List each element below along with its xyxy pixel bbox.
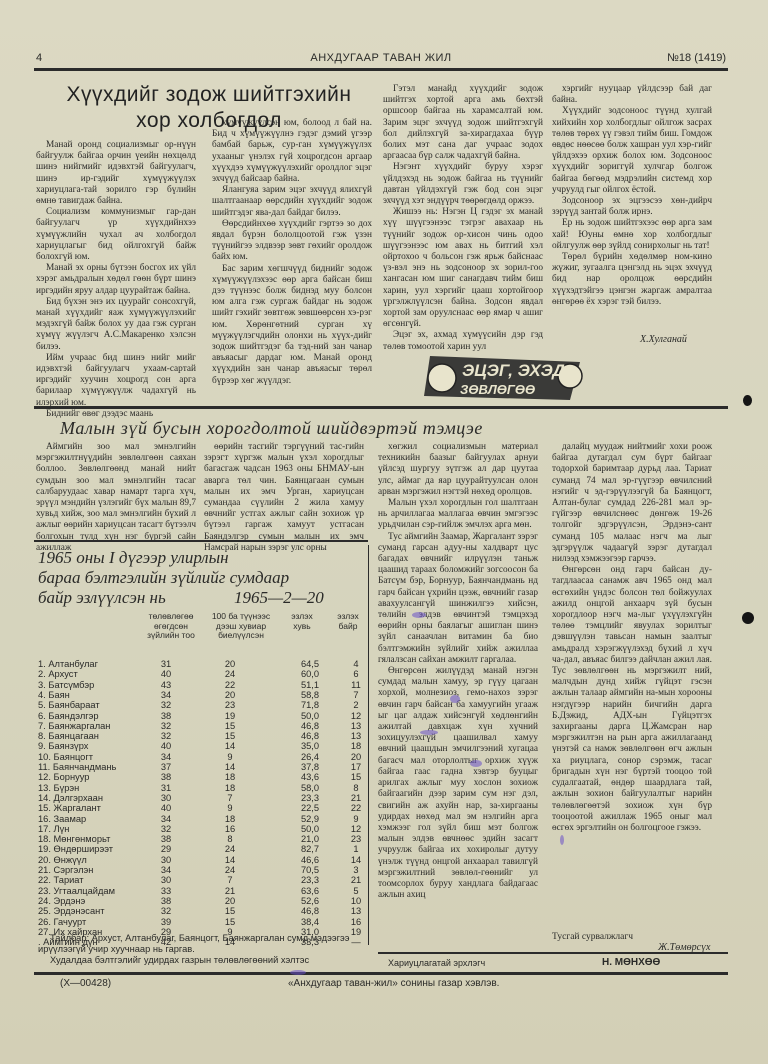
paragraph: Хүүхдийг зодсоноос түүнд хулгай хийхийн … [552, 106, 712, 196]
table-date: 1965—2—20 [234, 588, 324, 608]
table-column-header: төлөвлөгөө өгөгдсөн зүйлийн тоо [138, 612, 204, 641]
paragraph: Ялангуяа зарим эцэг эхчүүд ялихгүй шалтг… [212, 185, 372, 219]
parents-advice-logo: ЭЦЭГ, ЭХЭД ЗӨВЛӨГӨӨ [420, 352, 590, 404]
header-rule [34, 68, 728, 71]
paragraph: Аймгийн зоо мал эмнэлгийн мэргэжилтнүүди… [36, 442, 196, 554]
table-row: 9. Баянзүрх401435,018 [38, 741, 368, 752]
paragraph: Тус аймгийн Заамар, Жаргалант зэрэг сума… [378, 532, 538, 666]
article2-byline-label: Тусгай сурвалжлагч [552, 932, 633, 942]
table-row: 11. Баянчандмань371437,817 [38, 762, 368, 773]
table-row: 17. Лүн321650,012 [38, 824, 368, 835]
ink-stain [420, 730, 438, 735]
table-row: 4. Баян342058,87 [38, 690, 368, 701]
table-side-rule [368, 545, 369, 945]
table-row: 7. Баянжаргалан321546,813 [38, 721, 368, 732]
paragraph: өөрийн тасгийг тэргүүний тас-гийн зэрэгт… [204, 442, 364, 554]
table-top-rule [34, 540, 368, 542]
paragraph: Манай оронд социализмыг ор-нүүн байгуулж… [36, 140, 196, 207]
table-column-header: эзлэх хувь [282, 612, 322, 631]
table-row: 25. Эрдэнэсант321546,813 [38, 906, 368, 917]
table-row: 18. Мөнгөнморьт38821,023 [38, 834, 368, 845]
paragraph: Өөрсдийнхөө хүүхдийг гэртээ зо дох явдал… [212, 219, 372, 264]
ink-stain [450, 695, 460, 703]
table-column-header: 100 ба түүнээс дээш хувиар биелүүлсэн [202, 612, 280, 641]
article2-column-4: далайц муудаж нийтмийг хохи роож байгаа … [552, 442, 712, 834]
table-row: 19. Өндөрширээт292482,71 [38, 844, 368, 855]
table-row: 12. Борнуур381843,615 [38, 772, 368, 783]
newspaper-page: 4 АНХДУГААР ТАВАН ЖИЛ №18 (1419) Хүүхдий… [0, 0, 768, 1064]
newspaper-title: АНХДУГААР ТАВАН ЖИЛ [36, 52, 726, 64]
article2-title: Малын зүй бусын хорогдолтой шийдвэртэй т… [60, 418, 740, 439]
article1-column-4: хэргийг нууцаар үйлдсээр бай даг байна.Х… [552, 84, 712, 308]
footer-printer: «Анхдугаар таван-жил» сонины газар хэвлэ… [288, 978, 499, 989]
article2-column-2: өөрийн тасгийг тэргүүний тас-гийн зэрэгт… [204, 442, 364, 554]
paragraph: Ийм учраас бид шинэ нийг мийг идэвхтэй б… [36, 353, 196, 409]
paragraph: Нэгэнт хүүхдийг буруу хэрэг үйлдэхэд нь … [383, 162, 543, 207]
table-row: 14. Дэлгэрхаан30723,321 [38, 793, 368, 804]
paragraph: Зодсоноор эх эцгээсээ хөн-дийрч зэрүүд з… [552, 196, 712, 218]
table-row: 3. Батсүмбэр432251,111 [38, 680, 368, 691]
paragraph: хүмүүжүүлсэн юм, болоод л бай на. Бид ч … [212, 118, 372, 185]
table-row: 20. Өнжүүл301446,614 [38, 855, 368, 866]
table-column-header: эзлэх байр [328, 612, 368, 631]
editor-label: Хариуцлагатай эрхлэгч [388, 958, 485, 968]
paragraph: Социализм коммунизмыг гар-дан байгуулагч… [36, 207, 196, 263]
issue-number: №18 (1419) [667, 52, 726, 64]
table-title: 1965 оны I дүгээр улирлынбараа бэлтгэлий… [38, 548, 338, 608]
binding-hole [742, 612, 754, 624]
svg-text:ЭЦЭГ, ЭХЭД: ЭЦЭГ, ЭХЭД [462, 361, 565, 380]
paragraph: Малын үхэл хорогдлын гол шалтгаан нь арч… [378, 498, 538, 532]
table-row: 8. Баянцагаан321546,813 [38, 731, 368, 742]
ink-stain [560, 835, 564, 845]
table-row: 2. Архуст402460,06 [38, 669, 368, 680]
paragraph: Эцэг эх, ахмад хүмүүсийн дэр гэд төлөв т… [383, 330, 543, 352]
ink-stain [290, 970, 306, 975]
section-rule [34, 406, 728, 409]
table-row: 16. Заамар341852,99 [38, 814, 368, 825]
paragraph: хэргийг нууцаар үйлдсээр бай даг байна. [552, 84, 712, 106]
table-row: 5. Баянбараат322371,82 [38, 700, 368, 711]
table-row: 6. Баяндэлгэр381950,012 [38, 711, 368, 722]
table-row: 15. Жаргалант40922,522 [38, 803, 368, 814]
article1-column-2: хүмүүжүүлсэн юм, болоод л бай на. Бид ч … [212, 118, 372, 387]
table-note: Тайлбар: Архуст, Алтанбулаг, Баянцогт, Б… [38, 933, 358, 966]
table-row: 21. Сэргэлэн342470,53 [38, 865, 368, 876]
table-row: 23. Угтаалцайдам332163,65 [38, 886, 368, 897]
binding-hole [743, 395, 752, 406]
editor-name: Н. МӨНХӨӨ [602, 957, 660, 968]
ink-stain [470, 760, 482, 767]
article1-column-3: Гэтэл манайд хүүхдийг зодож шийтгэх хорт… [383, 84, 543, 353]
paragraph: далайц муудаж нийтмийг хохи роож байгаа … [552, 442, 712, 565]
article1-author: Х.Хулганай [640, 334, 687, 345]
table-row: 26. Гачуурт391538,416 [38, 917, 368, 928]
editor-rule [378, 952, 728, 954]
paragraph: Манай эх орны бүтээн босгох их үйл хэрэг… [36, 263, 196, 297]
paragraph: хөгжил социализмын материал техникийн ба… [378, 442, 538, 498]
table-row: 24. Эрдэнэ382052,610 [38, 896, 368, 907]
paragraph: Өнгөрсөн онд гарч байсан ду-тагдлаасаа с… [552, 565, 712, 834]
article2-column-1: Аймгийн зоо мал эмнэлгийн мэргэжилтнүүди… [36, 442, 196, 554]
svg-text:ЗӨВЛӨГӨӨ: ЗӨВЛӨГӨӨ [460, 382, 535, 397]
paragraph: Ер нь зодож шийтгэхээс өөр арга зам хай!… [552, 218, 712, 252]
article1-column-1: Манай оронд социализмыг ор-нүүн байгуулж… [36, 140, 196, 420]
paragraph: Гэтэл манайд хүүхдийг зодож шийтгэх хорт… [383, 84, 543, 162]
paragraph: Бас зарим хөгшчүүд биднийг зодож хүмүүжү… [212, 264, 372, 387]
paragraph: Төрөл бүрийн хөдөлмөр ном-кино жүжиг, зу… [552, 252, 712, 308]
footer-code: (Х—00428) [60, 978, 111, 989]
footer-rule [34, 972, 728, 975]
table-row: 1. Алтанбулаг312064,54 [38, 659, 368, 670]
article2-column-3: хөгжил социализмын материал техникийн ба… [378, 442, 538, 901]
ink-stain [412, 612, 426, 618]
paragraph: Жишээ нь: Нэгэн Ц гэдэг эх манай хүү шүү… [383, 207, 543, 330]
table-row: 13. Бүрэн311858,08 [38, 783, 368, 794]
paragraph: Бид бүхэн энэ их цуурайг сонсохгүй, мана… [36, 297, 196, 353]
table-row: 22. Тариат30723,321 [38, 875, 368, 886]
table-row: 10. Баянцогт34926,420 [38, 752, 368, 763]
